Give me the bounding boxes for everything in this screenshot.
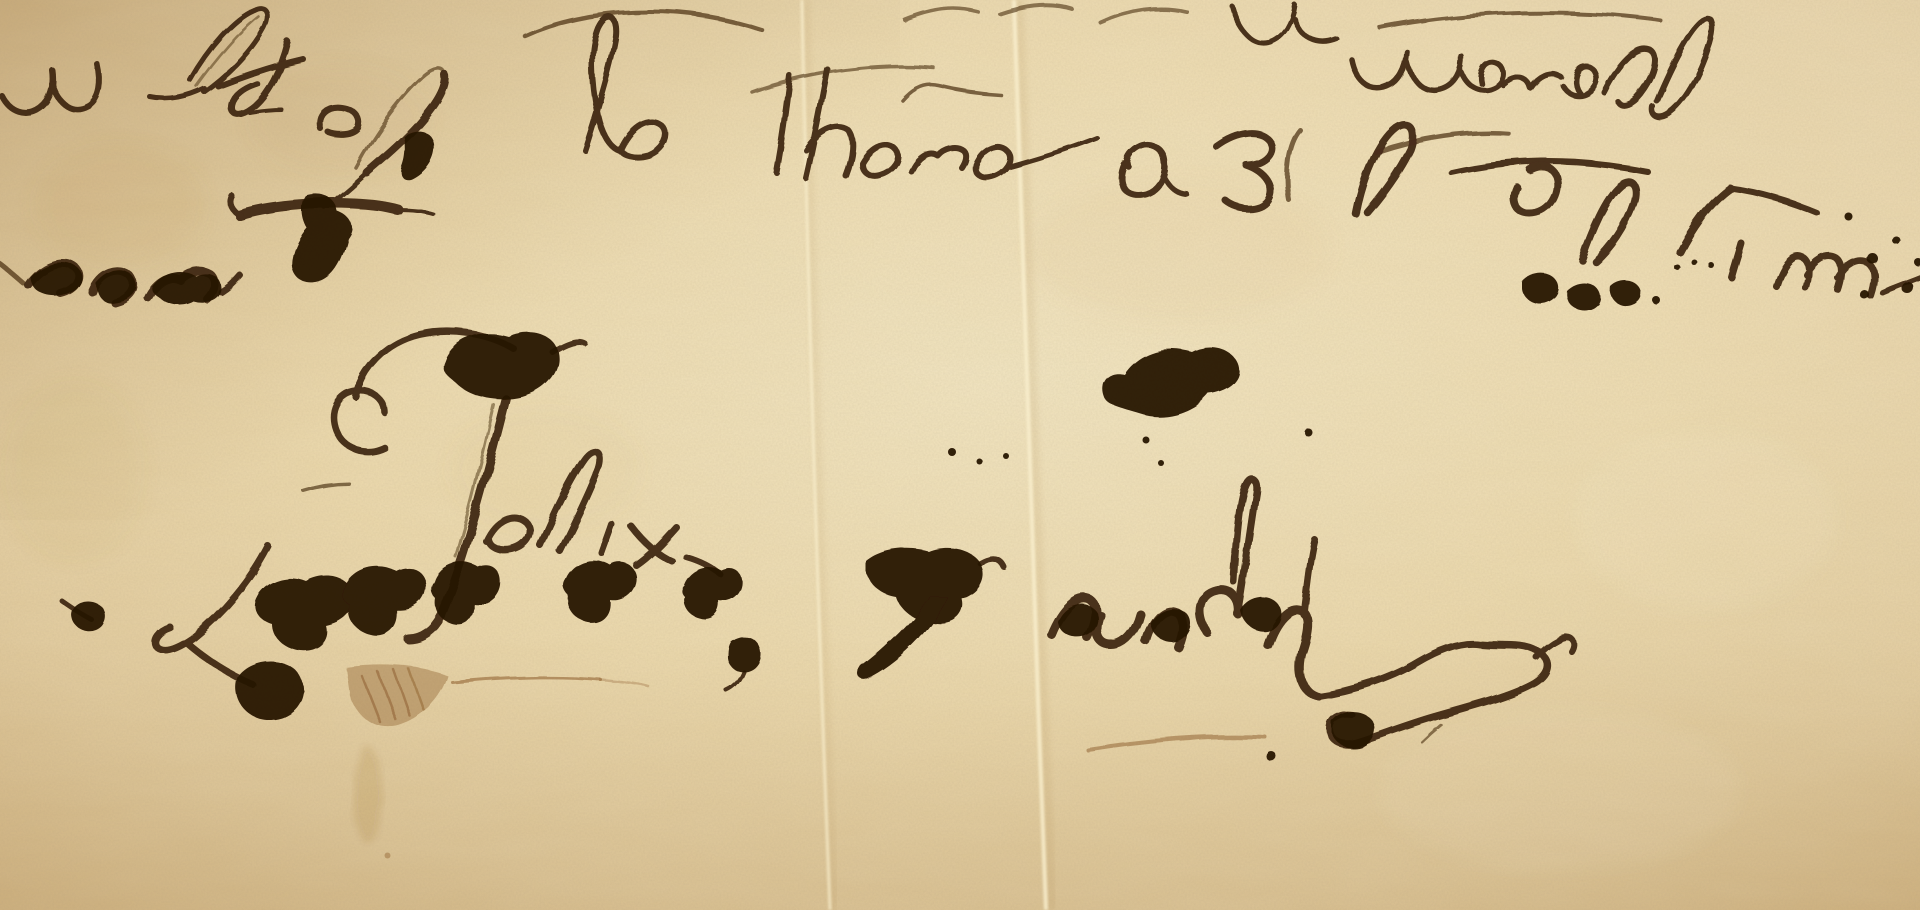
- manuscript-photo-stage: Close-up of an aged cream laid paper let…: [0, 0, 1920, 910]
- manuscript-canvas: [0, 0, 1920, 910]
- paper-background: [0, 0, 1920, 910]
- faint-vertical-smudge: [354, 747, 382, 843]
- paper-fiber-texture: [0, 0, 1920, 910]
- manuscript-photograph: Close-up of an aged cream laid paper let…: [0, 0, 1920, 910]
